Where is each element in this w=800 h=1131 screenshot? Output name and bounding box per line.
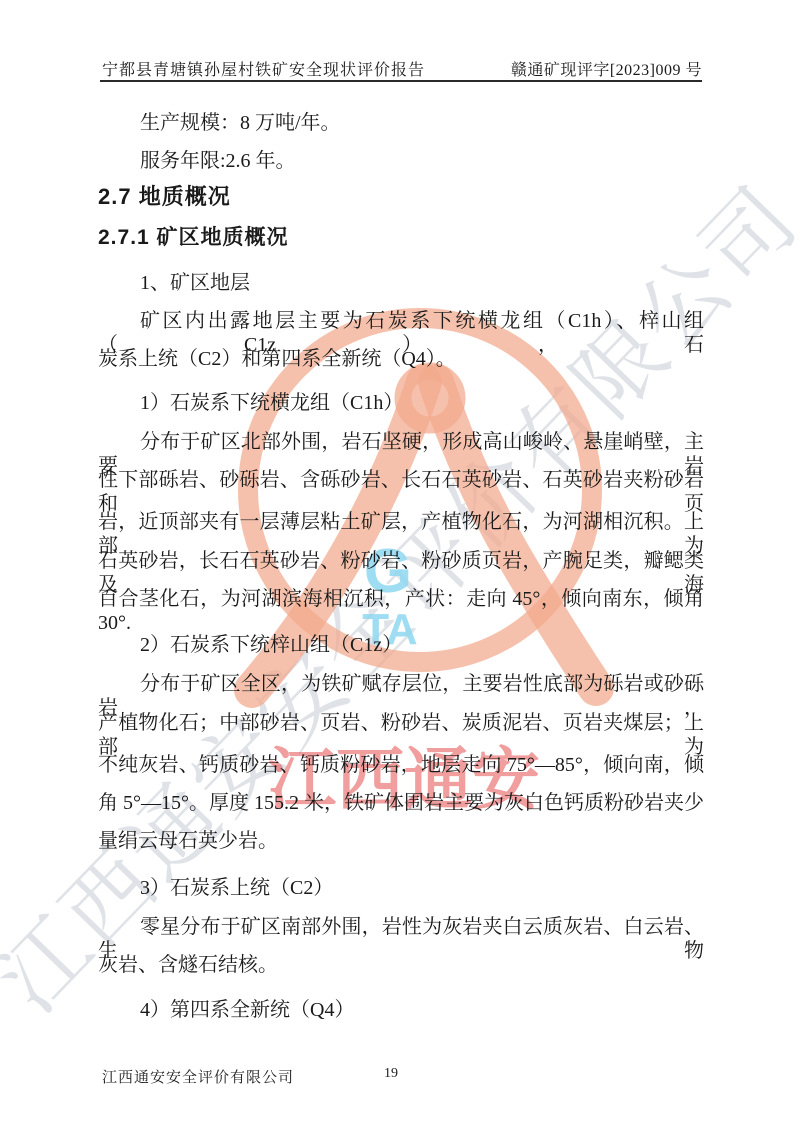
footer-company-name: 江西通安安全评价有限公司: [102, 1066, 294, 1087]
body-line: 量绢云母石英少岩。: [98, 829, 704, 853]
body-line: 炭系上统（C2）和第四系全新统（Q4）。: [98, 347, 704, 371]
footer-page-number: 19: [384, 1066, 398, 1082]
subsection-heading: 2.7.1 矿区地质概况: [98, 226, 704, 250]
body-line: 百合茎化石，为河湖滨海相沉积，产状：走向 45°，倾向南东，倾角 30°.: [98, 587, 704, 635]
body-line: 4）第四系全新统（Q4）: [98, 998, 704, 1022]
document-page: 江西通安安全评价有限公司 G TA 江西通安 宁都县青塘镇孙屋村铁矿安全现状评价…: [0, 0, 800, 1131]
body-line: 1、矿区地层: [98, 271, 704, 295]
section-heading: 2.7 地质概况: [98, 185, 704, 209]
body-line: 1）石炭系下统横龙组（C1h）: [98, 391, 704, 415]
header-rule: [100, 80, 702, 82]
body-line: 角 5°—15°。厚度 155.2 米，铁矿体围岩主要为灰白色钙质粉砂岩夹少: [98, 791, 704, 815]
body-line: 性下部砾岩、砂砾岩、含砾砂岩、长石石英砂岩、石英砂岩夹粉砂岩和页: [98, 468, 704, 516]
body-line: 2）石炭系下统梓山组（C1z）: [98, 633, 704, 657]
page-content: 宁都县青塘镇孙屋村铁矿安全现状评价报告 赣通矿现评字[2023]009 号 生产…: [0, 0, 800, 1131]
body-line: 3）石炭系上统（C2）: [98, 876, 704, 900]
body-line: 生产规模：8 万吨/年。: [98, 111, 704, 135]
body-line: 灰岩、含燧石结核。: [98, 953, 704, 977]
header-document-number: 赣通矿现评字[2023]009 号: [511, 57, 702, 80]
body-line: 产植物化石；中部砂岩、页岩、粉砂岩、炭质泥岩、页岩夹煤层；上部为: [98, 711, 704, 759]
body-line: 不纯灰岩、钙质砂岩、钙质粉砂岩，地层走向 75°—85°，倾向南，倾: [98, 753, 704, 777]
body-line: 服务年限:2.6 年。: [98, 149, 704, 173]
header-report-title: 宁都县青塘镇孙屋村铁矿安全现状评价报告: [102, 57, 425, 80]
